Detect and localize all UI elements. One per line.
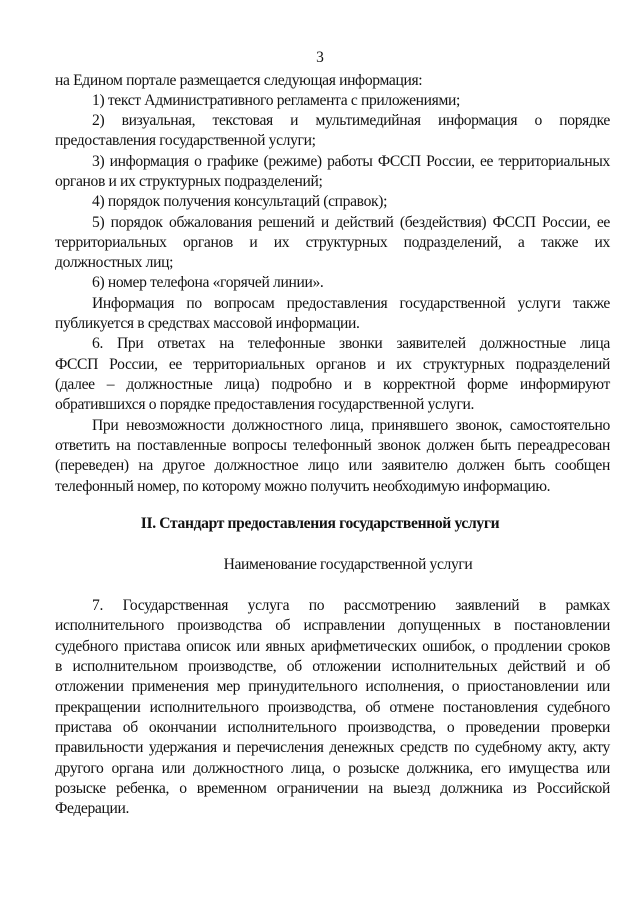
list-item-4: 4) порядок получения консультаций (справ… — [92, 192, 610, 212]
text-line: правильности удержания и перечисления де… — [55, 738, 610, 758]
text-line: ФССП России, ее территориальных органов … — [55, 355, 610, 375]
text-line: отложении применения мер принудительного… — [55, 677, 610, 697]
text-line: пристава об окончании исполнительного пр… — [55, 718, 610, 738]
text-line: публикуется в средствах массовой информа… — [55, 314, 610, 334]
text-line: телефонный номер, по которому можно полу… — [55, 477, 610, 497]
text-line: обратившихся о порядке предоставления го… — [55, 395, 610, 415]
paragraph-line: Информация по вопросам предоставления го… — [92, 294, 610, 314]
text-line: (переведен) на другое должностное лицо и… — [55, 456, 610, 476]
text-line: на Едином портале размещается следующая … — [55, 71, 610, 91]
text-line: розыске ребенка, о временном ограничении… — [55, 779, 610, 799]
text-line: предоставления государственной услуги; — [55, 131, 610, 151]
text-line: исполнительного производства об исправле… — [55, 616, 610, 636]
text-line: судебного пристава описок или явных ариф… — [55, 637, 610, 657]
page-number: 3 — [0, 49, 640, 67]
list-item-5: 5) порядок обжалования решений и действи… — [92, 213, 610, 233]
text-line: прекращении исполнительного производства… — [55, 698, 610, 718]
text-line: в исполнительном производстве, об отложе… — [55, 657, 610, 677]
list-item-6: 6) номер телефона «горячей линии». — [92, 273, 610, 293]
text-line: Федерации. — [55, 799, 610, 819]
list-item-2: 2) визуальная, текстовая и мультимедийна… — [92, 111, 610, 131]
list-item-1: 1) текст Административного регламента с … — [92, 91, 610, 111]
document-page: 3 на Едином портале размещается следующа… — [0, 0, 640, 905]
paragraph-line: При невозможности должностного лица, при… — [92, 416, 610, 436]
text-line: должностных лиц; — [55, 253, 610, 273]
subheading-service-name: Наименование государственной услуги — [28, 555, 640, 575]
text-line: (далее – должностные лица) подробно и в … — [55, 375, 610, 395]
text-line: территориальных органов и их структурных… — [55, 233, 610, 253]
list-item-3: 3) информация о графике (режиме) работы … — [92, 152, 610, 172]
text-line: другого органа или должностного лица, о … — [55, 759, 610, 779]
section-heading: II. Стандарт предоставления государствен… — [0, 514, 640, 534]
text-line: ответить на поставленные вопросы телефон… — [55, 436, 610, 456]
text-line: органов и их структурных подразделений; — [55, 172, 610, 192]
clause-6-line: 6. При ответах на телефонные звонки заяв… — [92, 334, 610, 354]
clause-7-line: 7. Государственная услуга по рассмотрени… — [92, 596, 610, 616]
